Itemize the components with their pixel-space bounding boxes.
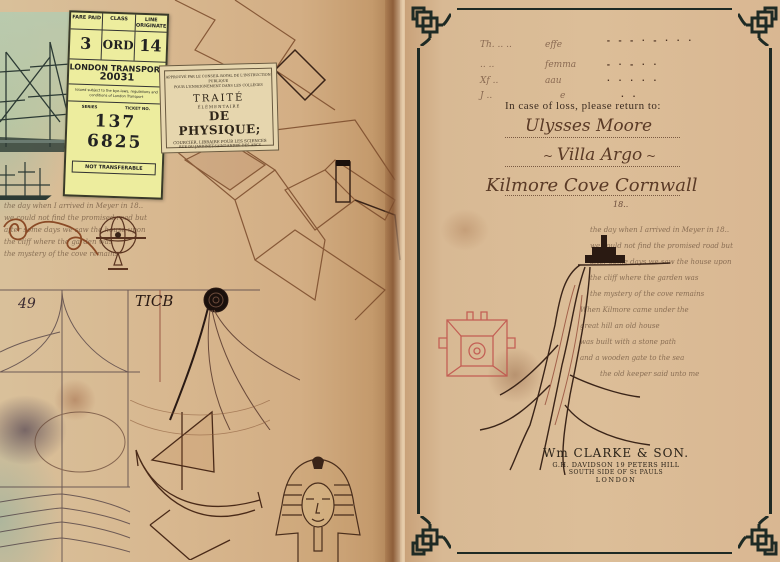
handwriting-line: after some days we saw the house upon xyxy=(440,254,750,270)
ship-hull-plans-sketch: 49 xyxy=(0,282,260,562)
owner-address: Kilmore Cove Cornwall xyxy=(486,175,697,196)
frame-right-line xyxy=(769,48,772,514)
handwriting-line: the mystery of the cove remains xyxy=(4,248,164,260)
house-name-text: Villa Argo xyxy=(557,145,642,165)
house-name: ~ Villa Argo ~ xyxy=(543,145,656,165)
handwriting-line: great hill an old house xyxy=(440,318,750,334)
ledger-prefix: J .. xyxy=(480,91,492,101)
small-ships-sketch xyxy=(0,160,70,200)
year: 18.. xyxy=(613,200,628,209)
ledger-code: - · - · · xyxy=(606,60,658,69)
handwriting-line: we could not find the promised road but xyxy=(440,238,750,254)
ticket-number: 137 6825 xyxy=(66,108,163,155)
ticket-series-label: SERIES xyxy=(82,104,98,110)
right-handwriting: the day when I arrived in Meyer in 18.. … xyxy=(440,222,750,442)
handwriting-line: was built with a stone path xyxy=(440,334,750,350)
figure-number: 49 xyxy=(17,296,36,312)
ticket-no-label: TICKET NO. xyxy=(125,105,150,111)
handwriting-line: after some days we saw the house upon xyxy=(4,224,164,236)
open-journal: the day when I arrived in Meyer in 18.. … xyxy=(0,0,780,562)
publisher-imprint: Wm CLARKE & SON. G.H. DAVIDSON 19 PETERS… xyxy=(543,446,689,484)
traite-de-physique-label: APPROUVÉ PAR LE CONSEIL ROYAL DE L'INSTR… xyxy=(159,62,279,153)
publisher-city: LONDON xyxy=(543,476,689,484)
celtic-knot-corner-icon xyxy=(738,4,780,46)
ticket-line: 14 xyxy=(134,32,166,62)
handwriting-line: the day when I arrived in Meyer in 18.. xyxy=(4,200,164,212)
ledger-word: femma xyxy=(545,60,576,70)
pharaoh-mask-sketch xyxy=(268,455,368,562)
sailing-boat-sketch xyxy=(130,400,270,560)
ticket-header-class: CLASS xyxy=(103,14,136,31)
ticket-header-fare: FARE PAID xyxy=(71,12,104,29)
ticket-header-line: LINE ORIGINATE xyxy=(135,15,167,32)
handwriting-line: the mystery of the cove remains xyxy=(440,286,750,302)
celtic-knot-corner-icon xyxy=(738,516,780,558)
ticket-class: ORD xyxy=(102,30,135,60)
ledger-code: · · · · · xyxy=(606,76,658,85)
publisher-line: G.H. DAVIDSON 19 PETERS HILL xyxy=(543,461,689,469)
publisher-name: Wm CLARKE & SON. xyxy=(543,446,689,460)
frame-left-line xyxy=(417,48,420,514)
ledger-prefix: .. .. xyxy=(480,60,494,70)
frame-bottom-line xyxy=(457,552,732,554)
handwriting-line: the day when I arrived in Meyer in 18.. xyxy=(440,222,750,238)
owner-name: Ulysses Moore xyxy=(525,116,652,136)
sketch-label: TICB xyxy=(135,292,173,310)
return-label: In case of loss, please return to: xyxy=(505,100,661,112)
handwriting-line: we could not find the promised road but xyxy=(4,212,164,224)
dotted-line xyxy=(505,166,680,167)
handwriting-line: the old keeper said unto me xyxy=(440,366,750,382)
handwriting-line: and a wooden gate to the sea xyxy=(440,350,750,366)
ledger-word: effe xyxy=(545,40,562,50)
ticket-fare: 3 xyxy=(70,29,103,59)
ledger-prefix: Th. .. .. xyxy=(480,40,512,50)
left-handwriting: the day when I arrived in Meyer in 18.. … xyxy=(4,200,164,290)
ledger-code: - - - · - · · · xyxy=(606,36,693,45)
frame-top-line xyxy=(457,8,732,10)
ticket-footer: NOT TRANSFERABLE xyxy=(72,160,156,175)
ledger-word: aau xyxy=(545,76,562,86)
left-page: the day when I arrived in Meyer in 18.. … xyxy=(0,0,400,562)
isometric-house-sketch xyxy=(155,0,405,330)
celtic-knot-corner-icon xyxy=(409,4,451,46)
tall-ship-sketch xyxy=(0,12,72,152)
ledger-prefix: Xf .. xyxy=(480,76,498,86)
publisher-line: SOUTH SIDE OF St PAULS xyxy=(543,469,689,476)
spiral-compass-sketch: TICB xyxy=(130,280,300,430)
label-main: DE PHYSIQUE; xyxy=(166,108,273,139)
dotted-line xyxy=(505,137,680,138)
handwriting-line: the cliff where the garden was xyxy=(4,236,164,248)
celtic-knot-corner-icon xyxy=(409,516,451,558)
handwriting-line: the cliff where the garden was xyxy=(440,270,750,286)
london-transport-ticket: FARE PAID CLASS LINE ORIGINATE 3 ORD 14 … xyxy=(63,10,169,199)
handwriting-line: When Kilmore came under the xyxy=(440,302,750,318)
